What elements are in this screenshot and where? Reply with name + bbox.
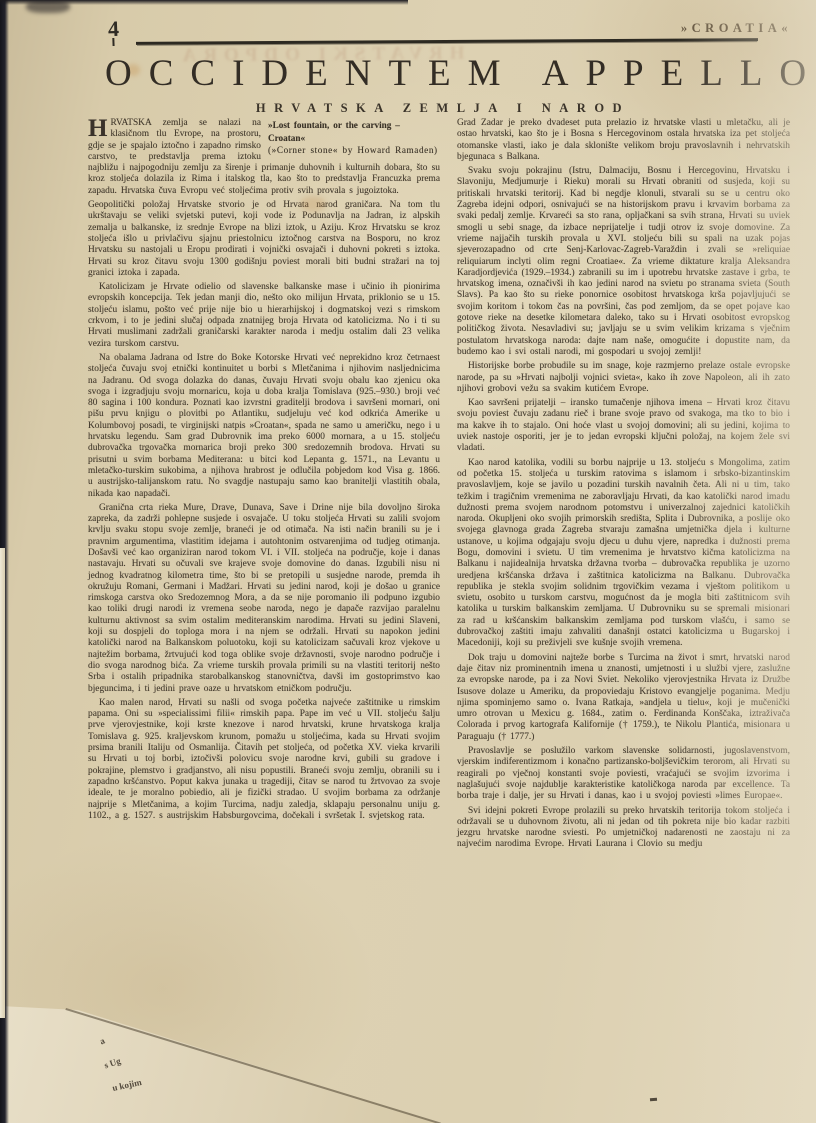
page-number: 4 (108, 16, 120, 42)
paragraph: Granična crta rieka Mure, Drave, Dunava,… (88, 503, 440, 695)
article-title: OCCIDENTEM APPELLO (88, 52, 790, 95)
article-body: »Lost fountain, or the carving – Croatan… (88, 118, 790, 1118)
left-paragraphs: Geopolitički položaj Hrvatske stvorio je… (88, 200, 440, 822)
paragraph: Kao savršeni prijatelji – iransko tumače… (457, 398, 790, 454)
magazine-page: 4 »CROATIA« HRVATSKI ODPORA OCCIDENTEM A… (0, 0, 816, 1123)
epigraph-quote: »Lost fountain, or the carving – Croatan… (268, 119, 440, 157)
drop-cap: H (88, 118, 110, 139)
paragraph: Dok traju u domovini najteže borbe s Tur… (457, 653, 790, 743)
paragraph: Svi idejni pokreti Evrope prolazili su p… (457, 806, 790, 851)
left-column: »Lost fountain, or the carving – Croatan… (88, 118, 440, 1118)
paragraph: Pravoslavlje se poslužilo varkom slavens… (457, 746, 790, 802)
paragraph: Kao narod katolika, vodili su borbu najp… (457, 458, 790, 650)
paragraph: Geopolitički položaj Hrvatske stvorio je… (88, 200, 440, 279)
paragraph: Historijske borbe probudile su im snage,… (457, 361, 790, 395)
paragraph: Katolicizam je Hrvate odielio od slavens… (88, 282, 440, 350)
paragraph: Svaku svoju pokrajinu (Istru, Dalmaciju,… (457, 166, 790, 358)
paper-stain (300, 196, 326, 212)
paragraph: Na obalama Jadrana od Istre do Boke Koto… (88, 353, 440, 500)
print-artifact-mark (650, 1098, 657, 1101)
epigraph-line2: (»Corner stone« by Howard Ramaden) (268, 144, 440, 157)
ink-smudge (26, 0, 70, 13)
masthead-title: »CROATIA« (596, 21, 792, 36)
paper-edge-sliver (0, 548, 5, 1018)
right-paragraphs: Grad Zadar je preko dvadeset puta prelaz… (457, 118, 790, 851)
article-header: OCCIDENTEM APPELLO HRVATSKA ZEMLJA I NAR… (88, 52, 790, 116)
right-column: Grad Zadar je preko dvadeset puta prelaz… (457, 118, 790, 1118)
epigraph-line1: »Lost fountain, or the carving – Croatan… (268, 119, 440, 144)
paragraph: Grad Zadar je preko dvadeset puta prelaz… (457, 118, 790, 163)
article-subtitle: HRVATSKA ZEMLJA I NAROD (88, 101, 790, 116)
paragraph: Kao malen narod, Hrvati su našli od svog… (88, 698, 440, 822)
